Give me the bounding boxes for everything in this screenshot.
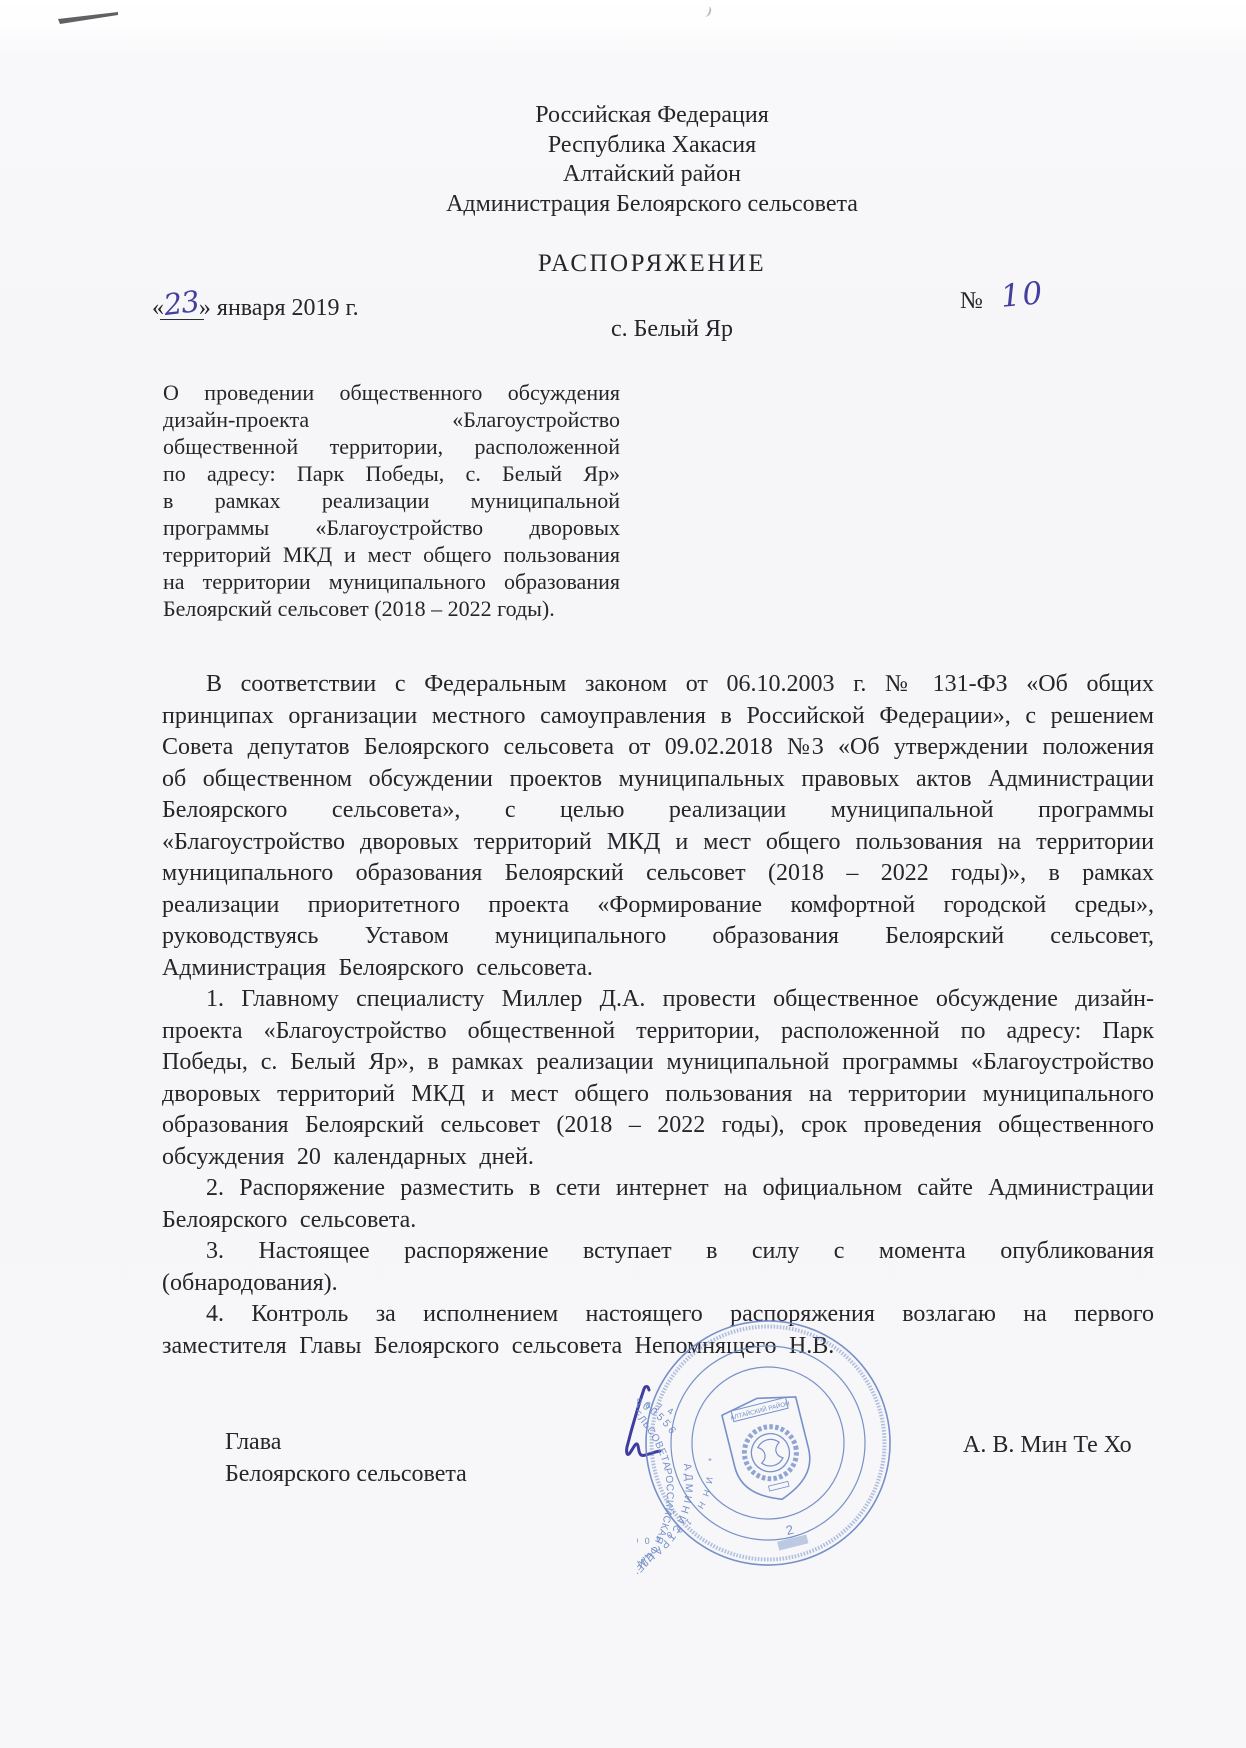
letterhead-line: Алтайский район bbox=[320, 160, 984, 190]
letterhead-line: Республика Хакасия bbox=[320, 131, 984, 161]
stamp-banner-text: АЛТАЙСКИЙ РАЙОН bbox=[729, 1399, 790, 1421]
signer-post-line1: Глава bbox=[225, 1426, 467, 1458]
body-paragraph: 1. Главному специалисту Миллер Д.А. пров… bbox=[162, 984, 1154, 1173]
subject-line: на территории муниципального образования bbox=[163, 568, 620, 595]
signer-post-line2: Белоярского сельсовета bbox=[225, 1458, 467, 1490]
signer-post: Глава Белоярского сельсовета bbox=[225, 1426, 467, 1490]
subject-line: общественной территории, расположенной bbox=[163, 433, 620, 460]
subject-line: программы «Благоустройство дворовых bbox=[163, 514, 620, 541]
body-paragraph: 2. Распоряжение разместить в сети интерн… bbox=[162, 1173, 1154, 1236]
stamp-shield-emblem: АЛТАЙСКИЙ РАЙОН bbox=[720, 1389, 819, 1508]
handwritten-day: 23 bbox=[162, 284, 201, 322]
subject-line: О проведении общественного обсуждения bbox=[163, 379, 620, 406]
scan-artifact-line bbox=[52, 8, 132, 34]
subject-block: О проведении общественного обсуждениядиз… bbox=[163, 379, 620, 622]
handwritten-number: 10 bbox=[999, 275, 1045, 315]
subject-line: дизайн-проекта «Благоустройство bbox=[163, 406, 620, 433]
letterhead-line: Администрация Белоярского сельсовета bbox=[320, 190, 984, 220]
scan-artifact-speck bbox=[701, 5, 712, 18]
subject-line: в рамках реализации муниципальной bbox=[163, 487, 620, 514]
number-label: № bbox=[960, 288, 983, 314]
scanned-document-page: Российская ФедерацияРеспублика ХакасияАл… bbox=[0, 0, 1246, 1748]
body-text: В соответствии с Федеральным законом от … bbox=[162, 669, 1154, 1362]
letterhead-line: Российская Федерация bbox=[320, 101, 984, 131]
subject-line: Белоярский сельсовет (2018 – 2022 годы). bbox=[163, 595, 620, 622]
body-paragraph: 3. Настоящее распоряжение вступает в сил… bbox=[162, 1236, 1154, 1299]
official-round-stamp: РОССИЙСКАЯ ФЕДЕРАЦИЯ * РЕСПУБЛИКА ХАКАСИ… bbox=[637, 1312, 899, 1574]
place-line: с. Белый Яр bbox=[340, 316, 1004, 343]
date-line: «23» января 2019 г. bbox=[152, 288, 359, 322]
document-number: №10 bbox=[960, 280, 1044, 316]
letterhead: Российская ФедерацияРеспублика ХакасияАл… bbox=[320, 101, 984, 219]
document-type-title: РАСПОРЯЖЕНИЕ bbox=[320, 250, 984, 278]
date-rest: января 2019 г. bbox=[211, 295, 359, 321]
subject-line: территорий МКД и мест общего пользования bbox=[163, 541, 620, 568]
stamp-counter-number: 2 bbox=[784, 1522, 795, 1538]
signer-name: А. В. Мин Те Хо bbox=[963, 1432, 1132, 1459]
body-paragraph: В соответствии с Федеральным законом от … bbox=[162, 669, 1154, 984]
subject-line: по адресу: Парк Победы, с. Белый Яр» bbox=[163, 460, 620, 487]
date-underline bbox=[160, 319, 204, 320]
